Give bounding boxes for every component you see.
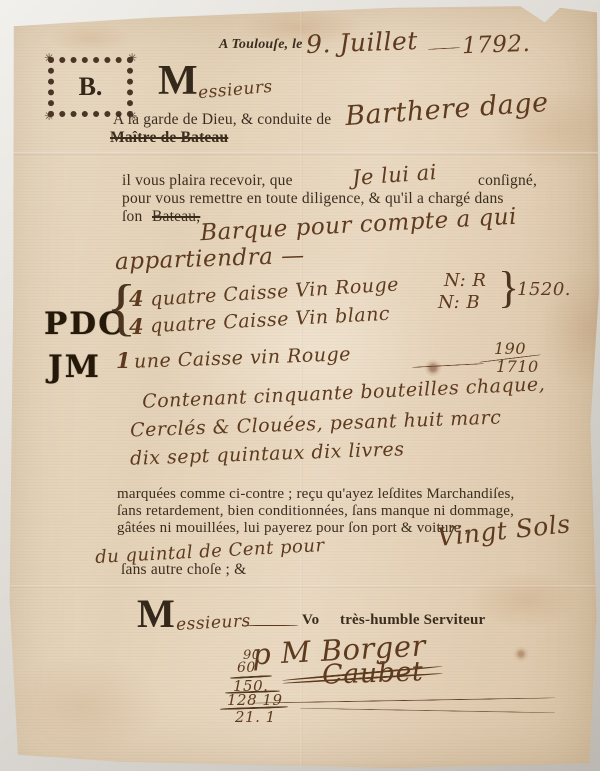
- sum-value-5: 21. 1: [235, 708, 276, 726]
- closing-initial: M: [137, 594, 175, 634]
- sum-value-4: 128 19: [227, 691, 283, 709]
- ornament-star-icon: ✳: [44, 109, 54, 123]
- cargo-qty-2: 4: [129, 314, 144, 339]
- garde-de-dieu-line: A la garde de Dieu, & conduite de: [113, 111, 331, 129]
- document-paper: A Toulouſe, le 9. Juillet 1792. ✳ ✳ ✳ ✳ …: [0, 0, 600, 771]
- printer-ornament-stamp: ✳ ✳ ✳ ✳ B.: [48, 57, 133, 117]
- photo-backdrop: A Toulouſe, le 9. Juillet 1792. ✳ ✳ ✳ ✳ …: [0, 0, 600, 771]
- dateline-dash: [428, 47, 460, 50]
- dateline-year: 1792.: [462, 31, 531, 59]
- cargo-qty-3: 1: [116, 348, 131, 373]
- signature-caubet-struck: Caubet: [321, 656, 423, 691]
- horizontal-crease: [0, 585, 600, 588]
- consigne-word: conſigné,: [478, 172, 537, 190]
- signature-flourish: [300, 708, 555, 713]
- ornament-star-icon: ✳: [127, 109, 137, 123]
- quintal-script: du quintal de Cent pour: [95, 535, 325, 568]
- inserted-script: Je lui ai: [351, 160, 437, 190]
- weight-fraction-line: [479, 354, 541, 363]
- signature-borger: p M Borger: [251, 628, 426, 671]
- recevoir-line: il vous plaira recevoir, que: [122, 172, 293, 190]
- bottle-total: 1520.: [517, 279, 571, 300]
- cargo-qty-1: 4: [129, 286, 144, 311]
- stamp-initial: B.: [79, 72, 103, 102]
- sum-value-3: 150.: [233, 677, 268, 695]
- barque-script: Barque pour compte a qui: [200, 204, 518, 247]
- conditions-line-3: gâtées ni mouillées, lui payerez pour ſo…: [117, 520, 469, 537]
- dateline-place: A Toulouſe, le: [219, 37, 303, 53]
- description-line-3: dix sept quintaux dix livres: [130, 438, 405, 470]
- conditions-line-1: marquées comme ci-contre ; reçu qu'ayez …: [117, 486, 514, 503]
- weight-lower: 1710: [496, 357, 539, 376]
- cargo-desc-2: quatre Caisse Vin blanc: [150, 303, 391, 338]
- description-line-2: Cerclés & Clouées, pesant huit marc: [130, 407, 502, 442]
- sans-autre-chose-line: ſans autre choſe ; &: [121, 561, 246, 579]
- cargo-open-brace: {: [106, 275, 137, 339]
- dateline-day-month: 9. Juillet: [306, 26, 419, 59]
- closing-script: essieurs: [176, 611, 252, 635]
- closing-dash: [243, 625, 298, 626]
- mark-pdc: PDC: [44, 306, 125, 342]
- son-word: ſon: [122, 208, 142, 226]
- appartiendra-script: appartiendra —: [115, 243, 305, 276]
- ornament-star-icon: ✳: [127, 51, 137, 65]
- cargo-num-2: N: B: [438, 292, 480, 313]
- weight-dash-line: [412, 363, 484, 368]
- maitre-bateau-struck: Maître de Bateau: [110, 129, 228, 147]
- paper-edge-shading: [0, 0, 600, 771]
- description-line-1: Contenant cinquante bouteilles chaque,: [142, 373, 546, 413]
- sum-value-1: 90: [243, 648, 261, 663]
- conditions-line-2: ſans retardement, bien conditionnées, ſa…: [117, 503, 514, 520]
- sum-rule: [230, 675, 272, 679]
- salutation-script: essieurs: [197, 77, 273, 103]
- cargo-desc-1: quatre Caisse Vin Rouge: [150, 273, 400, 310]
- cargo-num-1: N: R: [444, 270, 486, 291]
- carrier-name-script: Barthere dage: [344, 87, 549, 132]
- salutation-initial: M: [158, 60, 198, 102]
- diligence-line: pour vous remettre en toute diligence, &…: [122, 190, 504, 208]
- bateau-struck: Bateau,: [152, 208, 200, 226]
- ornament-star-icon: ✳: [44, 51, 54, 65]
- total-close-brace: }: [498, 266, 519, 310]
- mark-jm: JM: [48, 349, 101, 385]
- sum-rule: [225, 690, 280, 694]
- horizontal-crease: [0, 152, 600, 155]
- sum-rule: [220, 706, 288, 710]
- sum-value-2: 60: [237, 660, 256, 676]
- price-script: Vingt Sols: [436, 509, 572, 552]
- closing-vo-word: Vo: [302, 612, 319, 629]
- vertical-crease: [300, 0, 303, 771]
- signature-flourish: [250, 697, 555, 703]
- cargo-desc-3: une Caisse vin Rouge: [134, 343, 352, 373]
- humble-serviteur-line: très-humble Serviteur: [340, 612, 485, 629]
- weight-upper: 190: [494, 339, 526, 358]
